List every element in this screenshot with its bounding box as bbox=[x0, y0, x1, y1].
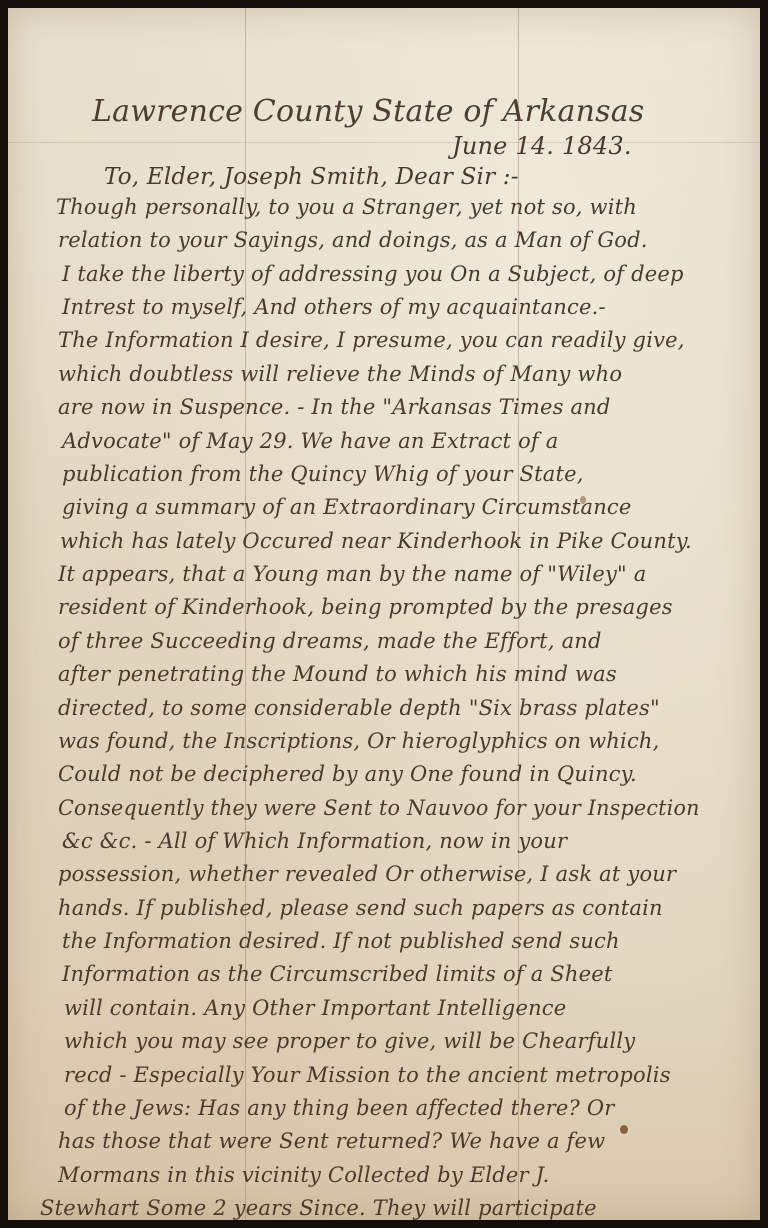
letter-line: It appears, that a Young man by the name… bbox=[58, 562, 646, 586]
letter-line: was found, the Inscriptions, Or hierogly… bbox=[58, 729, 660, 753]
letter-line: Information as the Circumscribed limits … bbox=[62, 962, 613, 986]
letter-line: recd - Especially Your Mission to the an… bbox=[64, 1063, 671, 1087]
letter-line: Consequently they were Sent to Nauvoo fo… bbox=[58, 796, 700, 820]
letter-line: publication from the Quincy Whig of your… bbox=[62, 462, 584, 486]
letter-date: June 14. 1843. bbox=[452, 132, 632, 160]
letter-line: The Information I desire, I presume, you… bbox=[58, 328, 685, 352]
letter-line: resident of Kinderhook, being prompted b… bbox=[58, 595, 673, 619]
letter-text: Lawrence County State of Arkansas June 1… bbox=[0, 0, 768, 1228]
letter-line: of three Succeeding dreams, made the Eff… bbox=[58, 629, 602, 653]
letter-line: are now in Suspence. - In the "Arkansas … bbox=[58, 395, 611, 419]
letter-line: possession, whether revealed Or otherwis… bbox=[58, 862, 676, 886]
letter-line: hands. If published, please send such pa… bbox=[58, 896, 663, 920]
letter-line: Mormans in this vicinity Collected by El… bbox=[58, 1163, 550, 1187]
letter-line: will contain. Any Other Important Intell… bbox=[64, 996, 566, 1020]
letter-line: Advocate" of May 29. We have an Extract … bbox=[62, 429, 559, 453]
letter-line: Could not be deciphered by any One found… bbox=[58, 762, 637, 786]
letter-line: Intrest to myself, And others of my acqu… bbox=[62, 295, 606, 319]
letter-line: has those that were Sent returned? We ha… bbox=[58, 1129, 605, 1153]
letter-heading: Lawrence County State of Arkansas bbox=[92, 94, 644, 129]
letter-line: the Information desired. If not publishe… bbox=[62, 929, 620, 953]
letter-line: which you may see proper to give, will b… bbox=[64, 1029, 635, 1053]
letter-line: after penetrating the Mound to which his… bbox=[58, 662, 617, 686]
letter-line: relation to your Sayings, and doings, as… bbox=[58, 228, 648, 252]
letter-line: which has lately Occured near Kinderhook… bbox=[60, 529, 692, 553]
letter-line: of the Jews: Has any thing been affected… bbox=[64, 1096, 614, 1120]
letter-line: Though personally, to you a Stranger, ye… bbox=[56, 195, 637, 219]
letter-salutation: To, Elder, Joseph Smith, Dear Sir :- bbox=[104, 164, 519, 190]
letter-line: I take the liberty of addressing you On … bbox=[62, 262, 684, 286]
letter-line: giving a summary of an Extraordinary Cir… bbox=[62, 495, 632, 519]
letter-line: Stewhart Some 2 years Since. They will p… bbox=[40, 1196, 597, 1220]
letter-line: which doubtless will relieve the Minds o… bbox=[58, 362, 622, 386]
letter-line: directed, to some considerable depth "Si… bbox=[58, 696, 660, 720]
letter-line: &c &c. - All of Which Information, now i… bbox=[62, 829, 567, 853]
